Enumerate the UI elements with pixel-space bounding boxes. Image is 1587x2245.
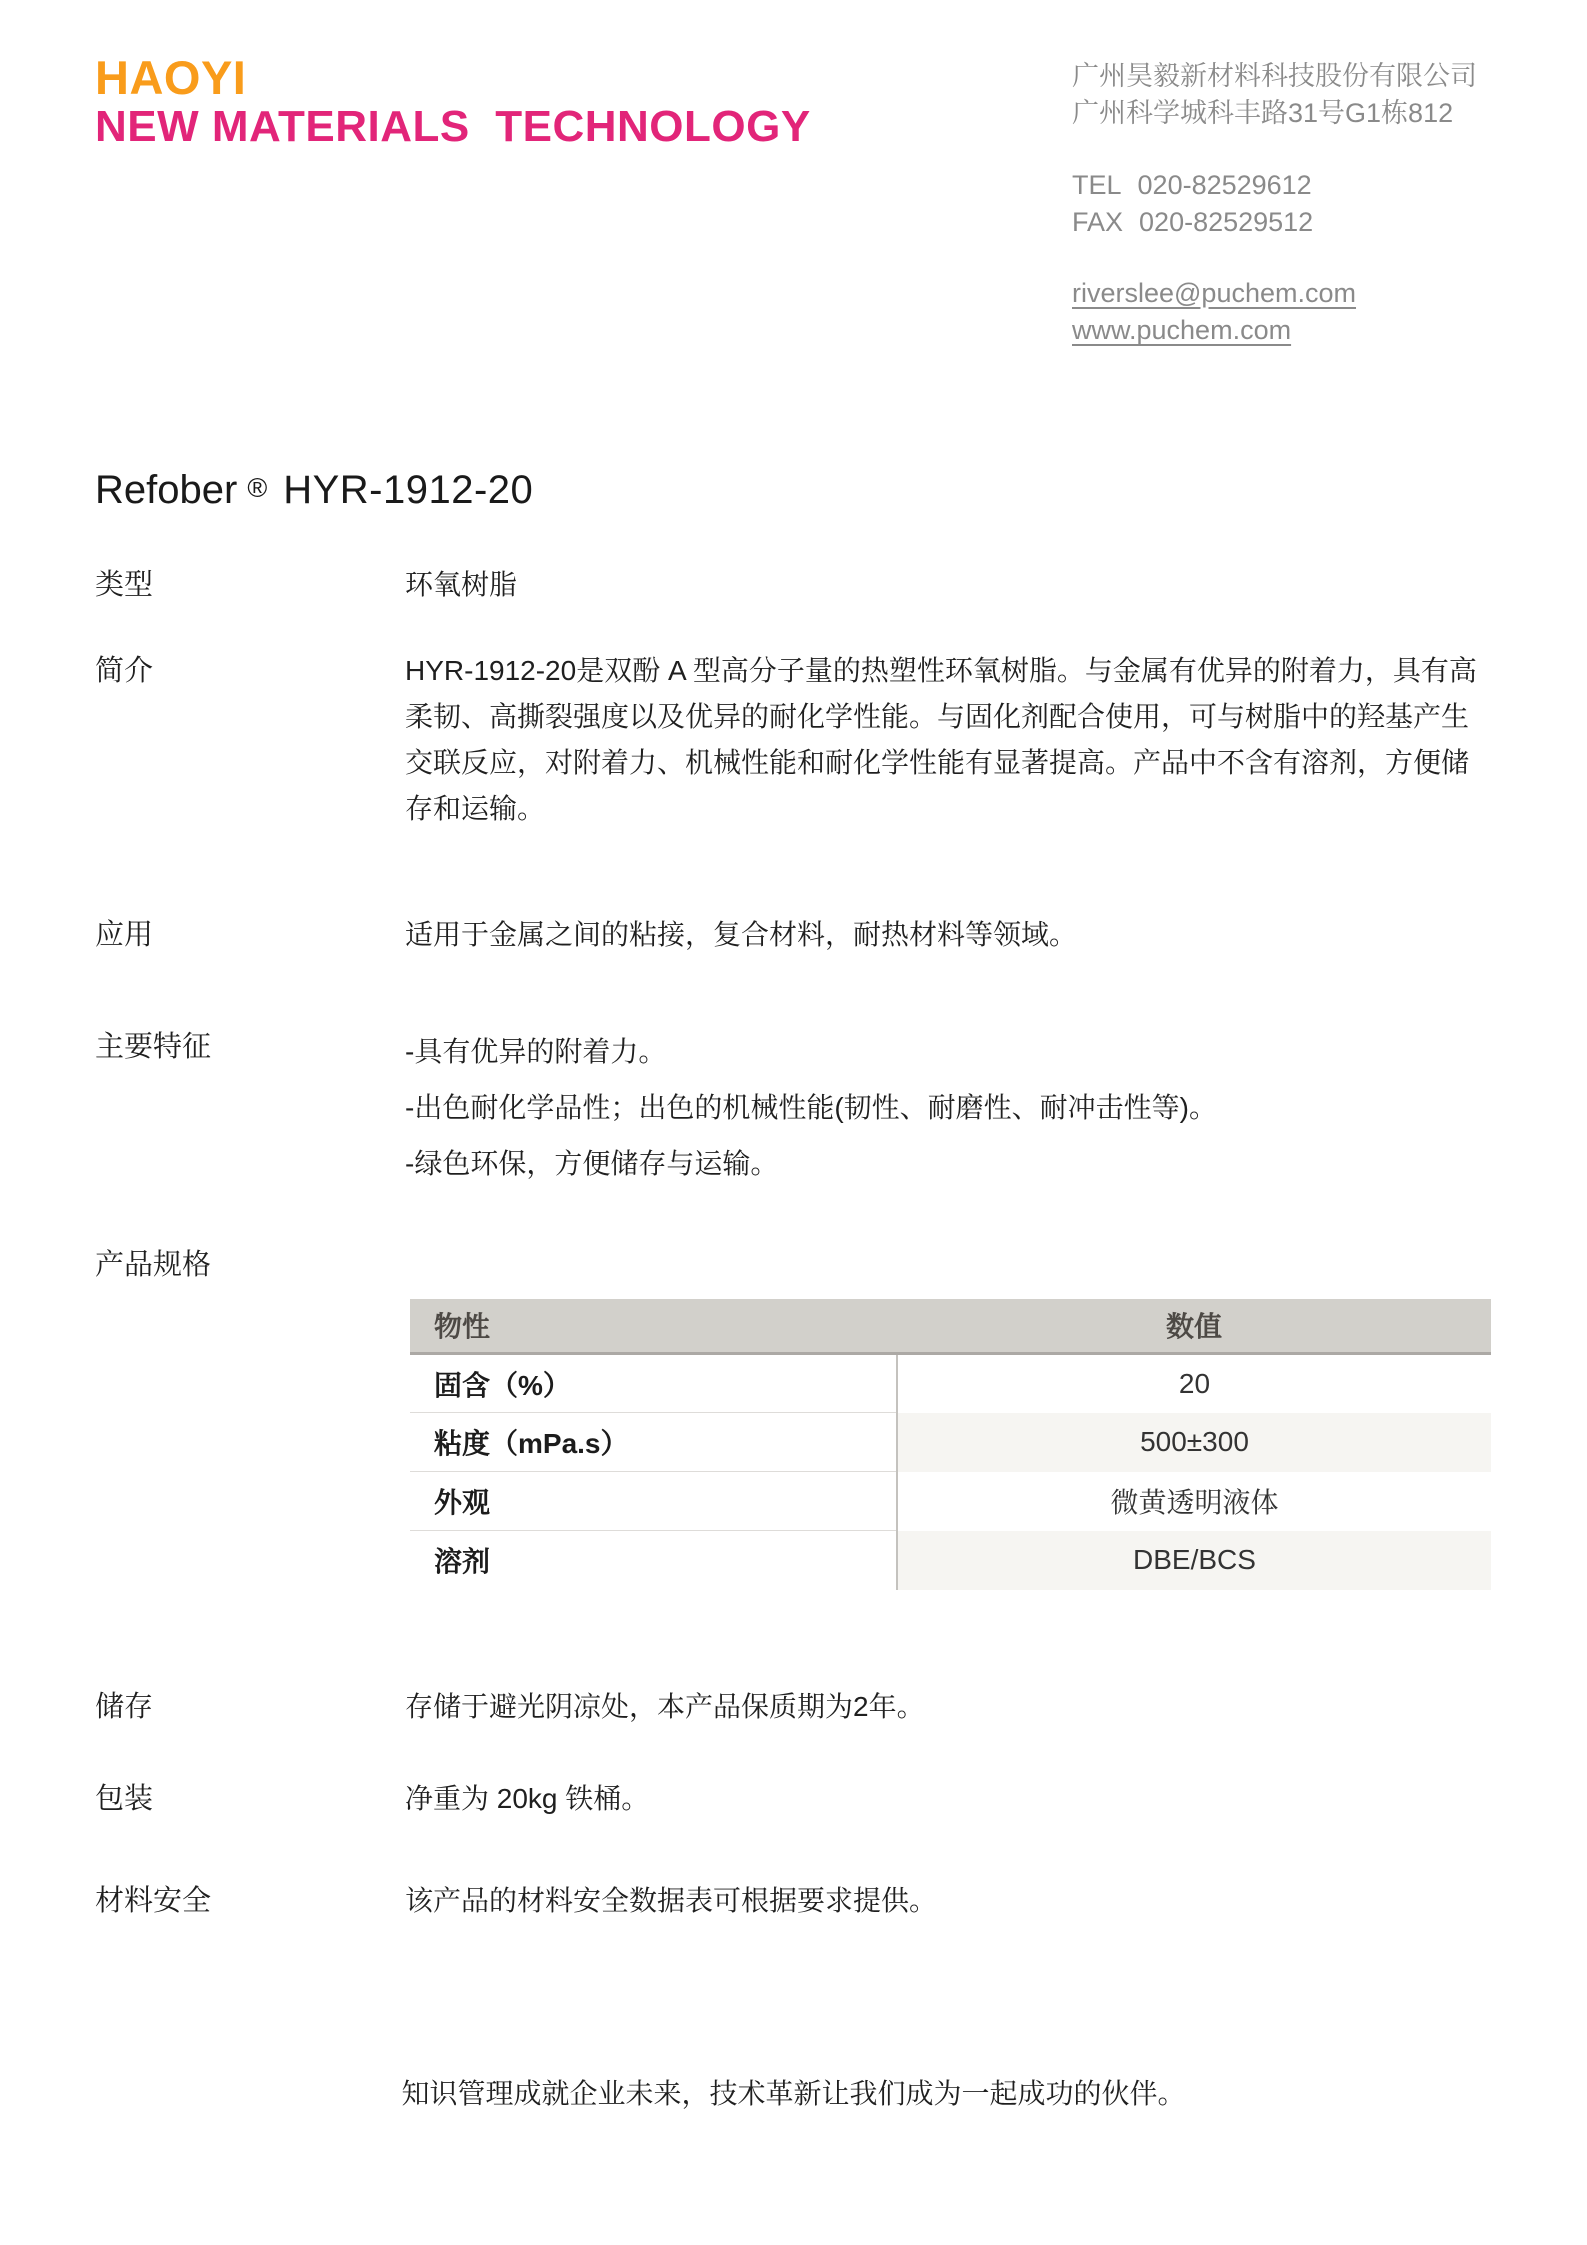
table-row: 粘度（mPa.s） 500±300 xyxy=(410,1413,1491,1472)
fax-label: FAX xyxy=(1072,204,1123,241)
product-code: HYR-1912-20 xyxy=(283,468,533,512)
section-safety-value: 该产品的材料安全数据表可根据要求提供。 xyxy=(405,1878,1487,1924)
feature-item: -出色耐化学品性；出色的机械性能(韧性、耐磨性、耐冲击性等)。 xyxy=(405,1080,1487,1136)
spec-value: 微黄透明液体 xyxy=(897,1472,1491,1531)
features-list: -具有优异的附着力。 -出色耐化学品性；出色的机械性能(韧性、耐磨性、耐冲击性等… xyxy=(405,1024,1487,1192)
spacer xyxy=(1072,241,1487,275)
section-storage: 储存 存储于避光阴凉处，本产品保质期为2年。 xyxy=(95,1684,1487,1730)
website-link[interactable]: www.puchem.com xyxy=(1072,312,1487,349)
tel-number: 020-82529612 xyxy=(1138,170,1312,200)
spec-header-row: 物性 数值 xyxy=(410,1299,1491,1354)
section-features: 主要特征 -具有优异的附着力。 -出色耐化学品性；出色的机械性能(韧性、耐磨性、… xyxy=(95,1024,1487,1192)
section-safety: 材料安全 该产品的材料安全数据表可根据要求提供。 xyxy=(95,1878,1487,1924)
spec-value: 500±300 xyxy=(897,1413,1491,1472)
section-storage-label: 储存 xyxy=(95,1684,405,1730)
section-specs-label: 产品规格 xyxy=(95,1242,405,1288)
email-link[interactable]: riverslee@puchem.com xyxy=(1072,275,1487,312)
spec-header-value: 数值 xyxy=(897,1299,1491,1354)
registered-mark: ® xyxy=(247,473,267,503)
brand-name: HAOYI xyxy=(95,52,811,104)
company-name: 广州昊毅新材料科技股份有限公司 xyxy=(1072,58,1487,95)
section-type: 类型 环氧树脂 xyxy=(95,562,1487,608)
section-safety-label: 材料安全 xyxy=(95,1878,405,1924)
feature-item: -绿色环保，方便储存与运输。 xyxy=(405,1136,1487,1192)
section-features-label: 主要特征 xyxy=(95,1024,405,1070)
section-application-value: 适用于金属之间的粘接，复合材料，耐热材料等领域。 xyxy=(405,912,1487,958)
table-row: 外观 微黄透明液体 xyxy=(410,1472,1491,1531)
header: HAOYI NEW MATERIALS TECHNOLOGY 广州昊毅新材料科技… xyxy=(95,52,1487,350)
fax-number: 020-82529512 xyxy=(1139,207,1313,237)
spacer xyxy=(1072,133,1487,167)
table-row: 固含（%） 20 xyxy=(410,1354,1491,1413)
section-application-label: 应用 xyxy=(95,912,405,958)
section-intro: 简介 HYR-1912-20是双酚 A 型高分子量的热塑性环氧树脂。与金属有优异… xyxy=(95,648,1487,832)
section-packaging: 包装 净重为 20kg 铁桶。 xyxy=(95,1776,1487,1822)
spec-table: 物性 数值 固含（%） 20 粘度（mPa.s） 500±300 外观 微黄透明… xyxy=(410,1299,1491,1590)
company-fax-line: FAX020-82529512 xyxy=(1072,204,1487,241)
product-title: Refober®HYR-1912-20 xyxy=(95,468,1487,512)
section-packaging-label: 包装 xyxy=(95,1776,405,1822)
section-type-label: 类型 xyxy=(95,562,405,608)
spec-table-head: 物性 数值 xyxy=(410,1299,1491,1354)
spec-value: 20 xyxy=(897,1354,1491,1413)
spec-property: 粘度（mPa.s） xyxy=(410,1413,897,1472)
spec-property: 外观 xyxy=(410,1472,897,1531)
datasheet-page: HAOYI NEW MATERIALS TECHNOLOGY 广州昊毅新材料科技… xyxy=(0,0,1587,2245)
company-info-block: 广州昊毅新材料科技股份有限公司 广州科学城科丰路31号G1栋812 TEL020… xyxy=(1072,52,1487,350)
section-intro-value: HYR-1912-20是双酚 A 型高分子量的热塑性环氧树脂。与金属有优异的附着… xyxy=(405,648,1487,832)
spec-header-property: 物性 xyxy=(410,1299,897,1354)
section-application: 应用 适用于金属之间的粘接，复合材料，耐热材料等领域。 xyxy=(95,912,1487,958)
footer-slogan: 知识管理成就企业未来，技术革新让我们成为一起成功的伙伴。 xyxy=(0,2072,1587,2112)
section-type-value: 环氧树脂 xyxy=(405,562,1487,608)
company-tel-line: TEL020-82529612 xyxy=(1072,167,1487,204)
feature-item: -具有优异的附着力。 xyxy=(405,1024,1487,1080)
section-storage-value: 存储于避光阴凉处，本产品保质期为2年。 xyxy=(405,1684,1487,1730)
section-specs: 产品规格 xyxy=(95,1242,1487,1288)
section-intro-label: 简介 xyxy=(95,648,405,694)
spec-property: 固含（%） xyxy=(410,1354,897,1413)
tel-label: TEL xyxy=(1072,167,1122,204)
product-trademark-name: Refober xyxy=(95,468,237,512)
spec-value: DBE/BCS xyxy=(897,1531,1491,1590)
spec-table-body: 固含（%） 20 粘度（mPa.s） 500±300 外观 微黄透明液体 溶剂 … xyxy=(410,1354,1491,1590)
spec-property: 溶剂 xyxy=(410,1531,897,1590)
section-packaging-value: 净重为 20kg 铁桶。 xyxy=(405,1776,1487,1822)
brand-tagline: NEW MATERIALS TECHNOLOGY xyxy=(95,104,811,150)
table-row: 溶剂 DBE/BCS xyxy=(410,1531,1491,1590)
company-address: 广州科学城科丰路31号G1栋812 xyxy=(1072,95,1487,132)
brand-logo: HAOYI NEW MATERIALS TECHNOLOGY xyxy=(95,52,811,150)
